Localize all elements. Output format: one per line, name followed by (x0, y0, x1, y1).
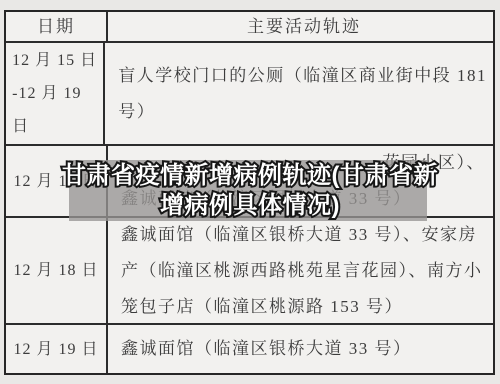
date-cell: 12 月 18 日 (6, 218, 108, 323)
headline-line-2: 增病例具体情况) (0, 191, 500, 221)
headline-title: 甘肃省疫情新增病例轨迹(甘肃省新 增病例具体情况) (0, 161, 500, 221)
table-row: 12 月 15 日 -12 月 19 日 盲人学校门口的公厕（临潼区商业街中段 … (6, 43, 493, 146)
track-line: 鑫诚面馆（临潼区银桥大道 33 号） (121, 331, 487, 367)
date-cell: 12 月 15 日 -12 月 19 日 (6, 43, 105, 144)
header-cell-track: 主要活动轨迹 (108, 12, 493, 41)
track-line: 号） (118, 94, 487, 130)
track-cell: 鑫诚面馆（临潼区银桥大道 33 号） (108, 325, 493, 373)
track-cell: 鑫诚面馆（临潼区银桥大道 33 号）、安家房 产（临潼区桃源西路桃苑星言花园）、… (108, 218, 493, 323)
header-cell-date: 日期 (6, 12, 108, 41)
track-line: 产（临潼区桃源西路桃苑星言花园）、南方小 (121, 253, 487, 289)
track-cell: 盲人学校门口的公厕（临潼区商业街中段 181 号） (105, 43, 493, 144)
track-line: 盲人学校门口的公厕（临潼区商业街中段 181 (118, 58, 487, 94)
headline-line-1: 甘肃省疫情新增病例轨迹(甘肃省新 (0, 161, 500, 191)
table-header-row: 日期 主要活动轨迹 (6, 12, 493, 43)
date-cell: 12 月 19 日 (6, 325, 108, 373)
table-row: 12 月 19 日 鑫诚面馆（临潼区银桥大道 33 号） (6, 325, 493, 373)
track-line: 鑫诚面馆（临潼区银桥大道 33 号）、安家房 (121, 217, 487, 253)
table-row: 12 月 18 日 鑫诚面馆（临潼区银桥大道 33 号）、安家房 产（临潼区桃源… (6, 218, 493, 325)
track-line: 笼包子店（临潼区桃源路 153 号） (121, 289, 487, 325)
page: 日期 主要活动轨迹 12 月 15 日 -12 月 19 日 盲人学校门口的公厕… (0, 0, 500, 384)
